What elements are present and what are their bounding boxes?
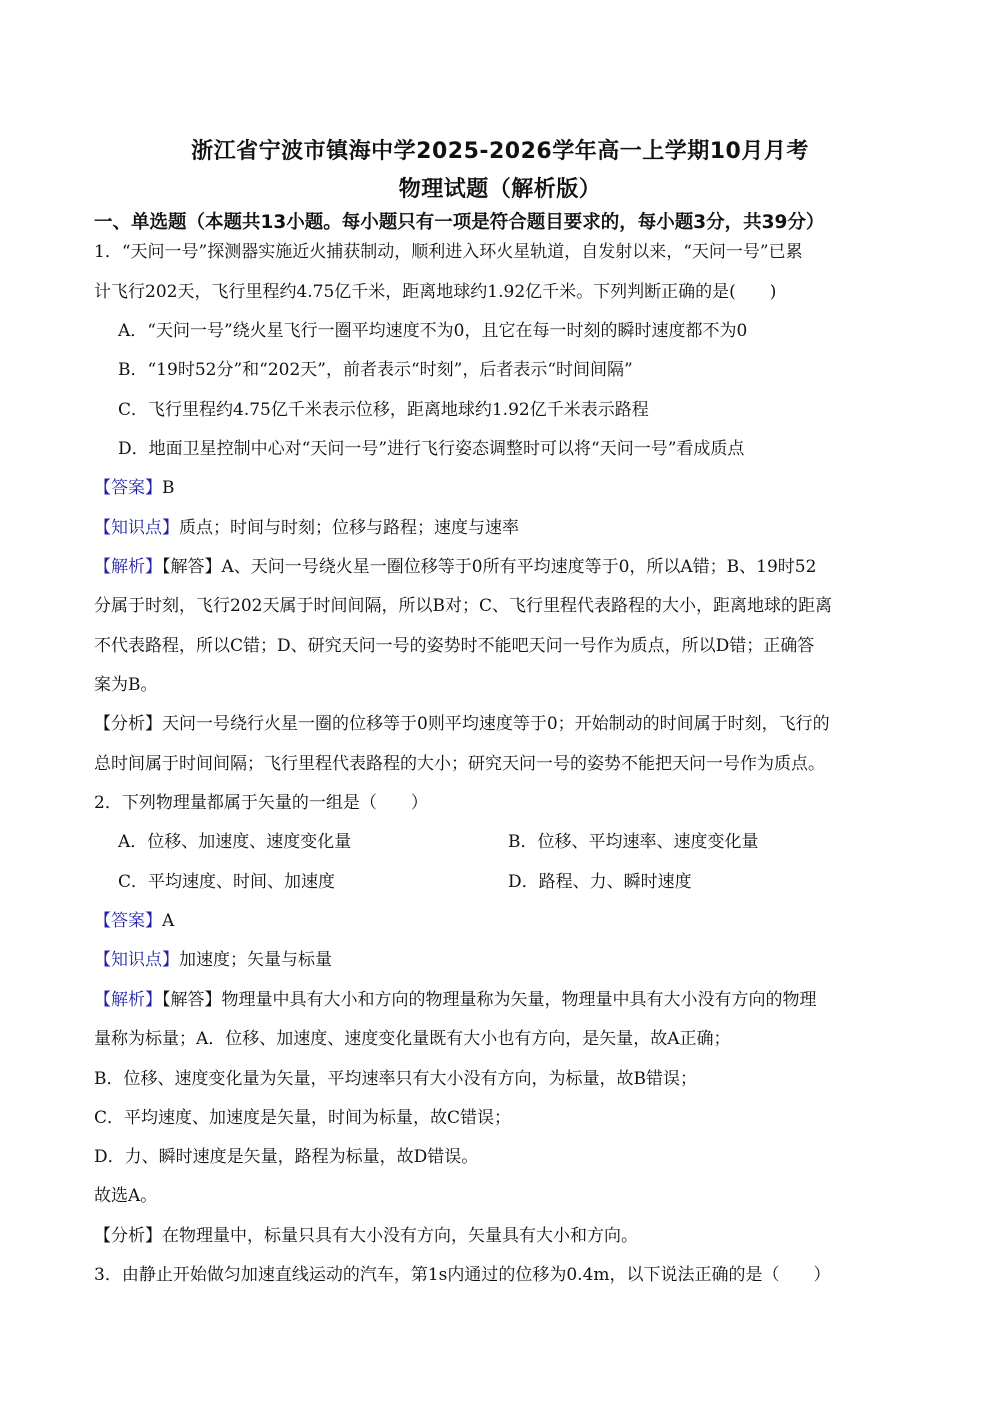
question-1-stem-line-1: 1．“天问一号”探测器实施近火捕获制动，顺利进入环火星轨道，自发射以来，“天问一… (94, 241, 803, 263)
analysis-text: 【解答】A、天问一号绕火星一圈位移等于0所有平均速度等于0，所以A错；B、19时… (162, 557, 816, 577)
analysis-tag: 【解析】 (94, 990, 162, 1010)
answer-value: A (162, 911, 174, 931)
question-2-option-b: B．位移、平均速率、速度变化量 (508, 831, 759, 853)
question-1-knowledge: 【知识点】质点；时间与时刻；位移与路程；速度与速率 (94, 517, 519, 539)
question-3-stem: 3．由静止开始做匀加速直线运动的汽车，第1s内通过的位移为0.4m，以下说法正确… (94, 1264, 831, 1286)
question-2-answer: 【答案】A (94, 910, 174, 932)
question-2-stem: 2．下列物理量都属于矢量的一组是（ ） (94, 792, 428, 814)
question-2-analysis-line-2: 量称为标量；A．位移、加速度、速度变化量既有大小也有方向，是矢量，故A正确； (94, 1028, 731, 1050)
question-1-option-a: A．“天问一号”绕火星飞行一圈平均速度不为0，且它在每一时刻的瞬时速度都不为0 (118, 320, 747, 342)
question-2-option-a: A．位移、加速度、速度变化量 (118, 831, 351, 853)
question-2-analysis-line-1: 【解析】【解答】物理量中具有大小和方向的物理量称为矢量，物理量中具有大小没有方向… (94, 989, 817, 1011)
answer-value: B (162, 478, 175, 498)
question-1-analysis-line-1: 【解析】【解答】A、天问一号绕火星一圈位移等于0所有平均速度等于0，所以A错；B… (94, 556, 816, 578)
question-1-option-d: D．地面卫星控制中心对“天问一号”进行飞行姿态调整时可以将“天问一号”看成质点 (118, 438, 744, 460)
question-2-fenxi-line-1: 【分析】在物理量中，标量只具有大小没有方向，矢量具有大小和方向。 (94, 1225, 638, 1247)
question-1-option-c: C．飞行里程约4.75亿千米表示位移，距离地球约1.92亿千米表示路程 (118, 399, 649, 421)
document-subtitle: 物理试题（解析版） (0, 172, 1000, 203)
exam-page: 浙江省宁波市镇海中学2025-2026学年高一上学期10月月考 物理试题（解析版… (0, 0, 1000, 1414)
knowledge-value: 加速度；矢量与标量 (179, 950, 332, 970)
analysis-text: 【解答】物理量中具有大小和方向的物理量称为矢量，物理量中具有大小没有方向的物理 (162, 990, 817, 1010)
question-1-analysis-line-3: 不代表路程，所以C错；D、研究天问一号的姿势时不能吧天问一号作为质点，所以D错；… (94, 635, 814, 657)
question-1-analysis-line-2: 分属于时刻，飞行202天属于时间间隔，所以B对；C、飞行里程代表路程的大小，距离… (94, 595, 832, 617)
question-2-knowledge: 【知识点】加速度；矢量与标量 (94, 949, 332, 971)
knowledge-value: 质点；时间与时刻；位移与路程；速度与速率 (179, 518, 519, 538)
question-1-fenxi-line-1: 【分析】天问一号绕行火星一圈的位移等于0则平均速度等于0；开始制动的时间属于时刻… (94, 713, 830, 735)
knowledge-tag: 【知识点】 (94, 518, 179, 538)
question-1-stem-line-2: 计飞行202天，飞行里程约4.75亿千米，距离地球约1.92亿千米。下列判断正确… (94, 281, 776, 303)
question-2-analysis-line-4: C．平均速度、加速度是矢量，时间为标量，故C错误； (94, 1107, 511, 1129)
question-2-analysis-line-5: D．力、瞬时速度是矢量，路程为标量，故D错误。 (94, 1146, 478, 1168)
question-1-fenxi-line-2: 总时间属于时间间隔；飞行里程代表路程的大小；研究天问一号的姿势不能把天问一号作为… (94, 753, 825, 775)
document-title: 浙江省宁波市镇海中学2025-2026学年高一上学期10月月考 (0, 134, 1000, 165)
question-1-option-b: B．“19时52分”和“202天”，前者表示“时刻”，后者表示“时间间隔” (118, 359, 633, 381)
answer-tag: 【答案】 (94, 911, 162, 931)
question-1-analysis-line-4: 案为B。 (94, 674, 158, 696)
question-2-option-c: C．平均速度、时间、加速度 (118, 871, 335, 893)
analysis-tag: 【解析】 (94, 557, 162, 577)
answer-tag: 【答案】 (94, 478, 162, 498)
section-heading: 一、单选题（本题共13小题。每小题只有一项是符合题目要求的，每小题3分，共39分… (94, 208, 824, 234)
question-2-analysis-line-3: B．位移、速度变化量为矢量，平均速率只有大小没有方向，为标量，故B错误； (94, 1068, 697, 1090)
question-2-option-d: D．路程、力、瞬时速度 (508, 871, 692, 893)
knowledge-tag: 【知识点】 (94, 950, 179, 970)
question-2-analysis-line-6: 故选A。 (94, 1185, 157, 1207)
question-1-answer: 【答案】B (94, 477, 175, 499)
